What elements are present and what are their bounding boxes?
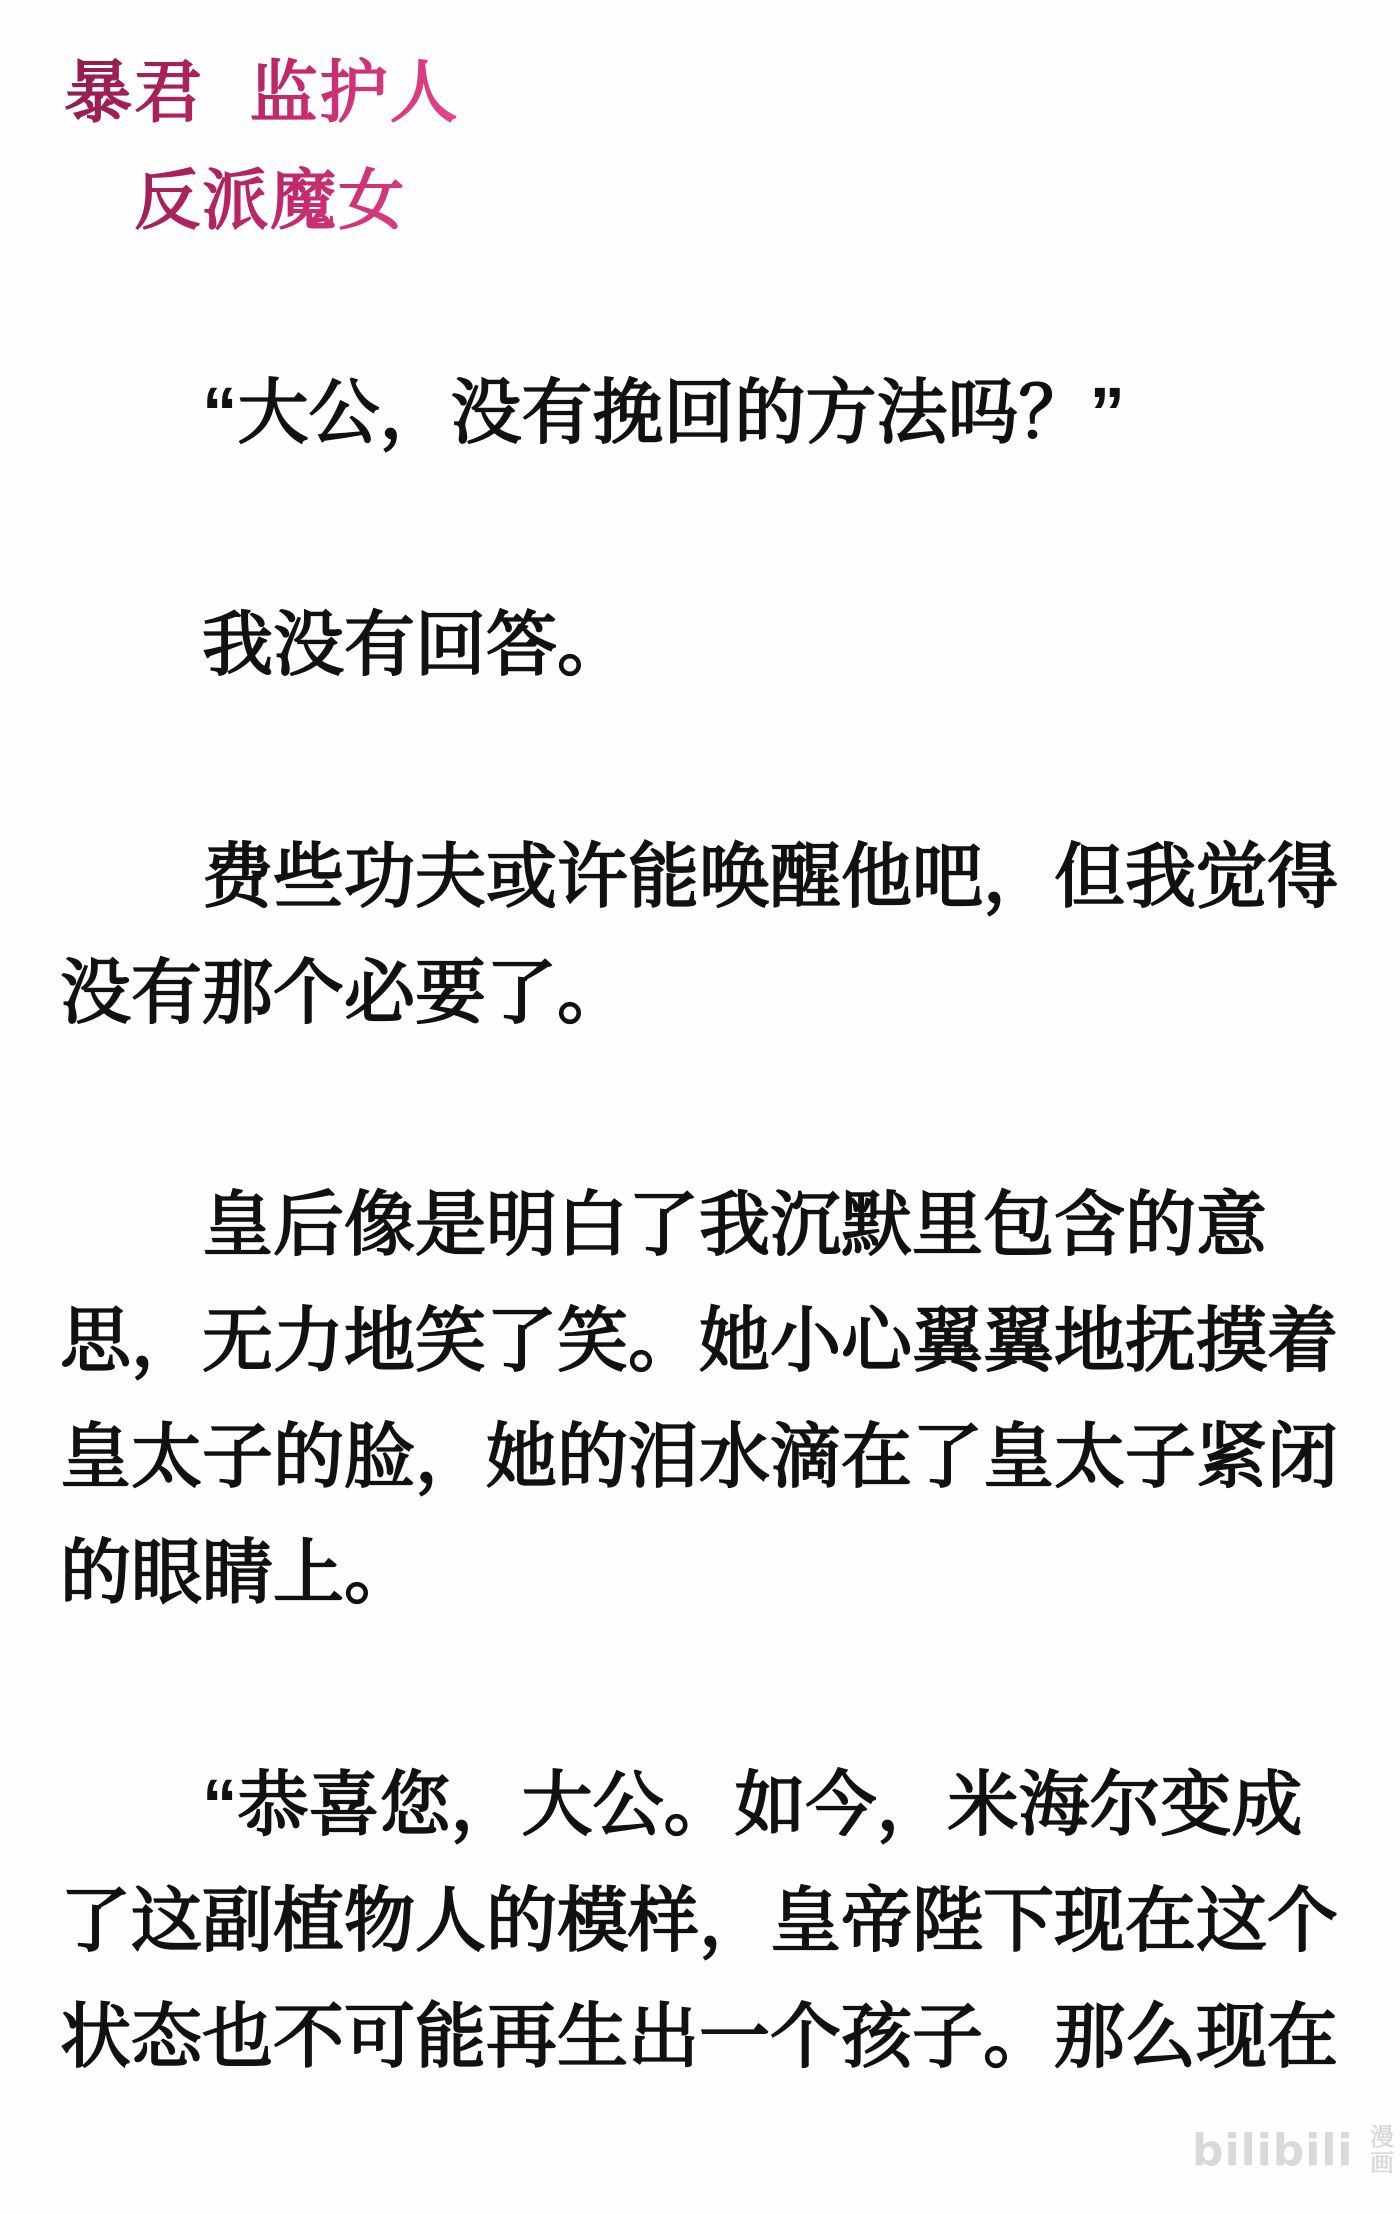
paragraph: 费些功夫或许能唤醒他吧，但我觉得没有那个必要了。: [60, 820, 1360, 1052]
text-line: 没有那个必要了。: [60, 936, 1360, 1052]
logo-character: 暴: [64, 40, 134, 146]
paragraph: 我没有回答。: [60, 588, 1360, 704]
manhua-label: 漫画: [1363, 2124, 1393, 2176]
logo-character: 是: [90, 161, 134, 255]
series-title-line-2: 是反派魔女: [64, 155, 460, 257]
logo-character: 魔: [270, 155, 338, 249]
paragraph: “恭喜您，大公。如今，米海尔变成了这副植物人的模样，皇帝陛下现在这个状态也不可能…: [60, 1748, 1360, 2096]
story-text: “大公，没有挽回的方法吗？”我没有回答。费些功夫或许能唤醒他吧，但我觉得没有那个…: [60, 356, 1360, 2212]
logo-character: 人: [390, 40, 460, 146]
text-line: 的眼睛上。: [60, 1516, 1360, 1632]
bilibili-watermark: bilibili 漫画: [1192, 2124, 1393, 2176]
logo-character: 君: [134, 40, 204, 146]
text-line: 皇太子的脸，她的泪水滴在了皇太子紧闭: [60, 1400, 1360, 1516]
logo-character: 反: [134, 155, 202, 249]
text-line: 皇后像是明白了我沉默里包含的意: [60, 1168, 1360, 1284]
text-line: 费些功夫或许能唤醒他吧，但我觉得: [60, 820, 1360, 936]
text-line: 思，无力地笑了笑。她小心翼翼地抚摸着: [60, 1284, 1360, 1400]
paragraph: 皇后像是明白了我沉默里包含的意思，无力地笑了笑。她小心翼翼地抚摸着皇太子的脸，她…: [60, 1168, 1360, 1632]
bilibili-logo-text: bilibili: [1192, 2125, 1353, 2176]
series-title-logo: 暴君的监护人 是反派魔女: [64, 40, 460, 257]
logo-character: 护: [320, 40, 390, 146]
text-line: 了这副植物人的模样，皇帝陛下现在这个: [60, 1864, 1360, 1980]
text-line: 状态也不可能再生出一个孩子。那么现在: [60, 1980, 1360, 2096]
logo-character: 的: [204, 47, 250, 153]
series-title-line-1: 暴君的监护人: [64, 40, 460, 155]
logo-character: 女: [338, 155, 406, 249]
text-line: 我没有回答。: [60, 588, 1360, 704]
logo-character: 监: [250, 40, 320, 146]
text-line: “恭喜您，大公。如今，米海尔变成: [60, 1748, 1360, 1864]
text-line: “大公，没有挽回的方法吗？”: [60, 356, 1360, 472]
logo-character: 派: [202, 155, 270, 249]
paragraph: “大公，没有挽回的方法吗？”: [60, 356, 1360, 472]
